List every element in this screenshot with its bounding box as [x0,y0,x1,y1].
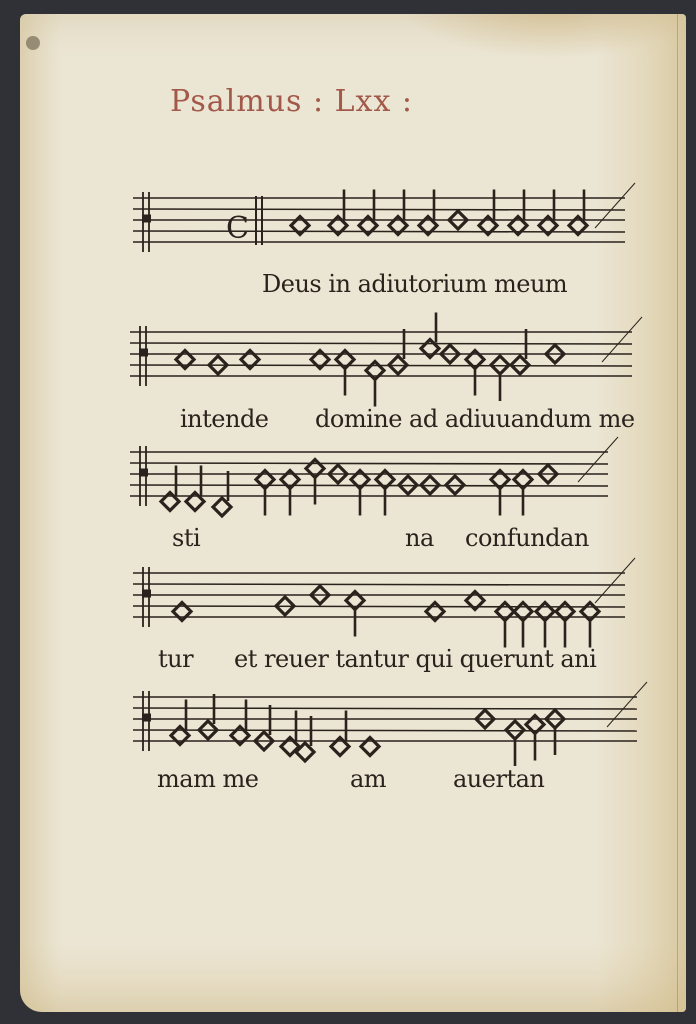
staff-line [130,343,632,344]
lyric-text: intende [180,405,269,433]
note-head-icon [359,190,377,235]
note-head-icon [346,592,364,637]
lyric-text: sti [172,524,200,552]
note-head-icon [421,313,439,358]
note-head-icon [546,710,564,755]
note-head-icon [281,711,299,756]
note-head-icon [161,466,179,511]
music-notation: C [0,0,696,1024]
custos-icon [607,682,647,727]
note-head-icon [366,362,384,407]
clef-icon [142,714,151,722]
staff-line [133,730,637,731]
note-head-icon [509,190,527,235]
lyric-text: tur [158,645,193,673]
staff-system: C [133,183,635,252]
note-head-icon [514,603,532,648]
note-head-icon [213,471,231,516]
note-head-icon [331,711,349,756]
note-head-icon [171,700,189,745]
note-head-icon [329,190,347,235]
staff-system [133,682,647,766]
staff-system [130,313,642,407]
note-head-icon [514,471,532,516]
note-head-icon [389,190,407,235]
lyric-text: confundan [465,524,589,552]
note-head-icon [479,190,497,235]
note-head-icon [526,716,544,761]
lyric-text: domine ad adiuuandum me [315,405,635,433]
clef-icon [139,469,148,477]
lyric-text: am [350,765,386,793]
lyric-text: et reuer tantur qui querunt ani [234,645,596,673]
note-head-icon [231,700,249,745]
note-head-icon [569,190,587,235]
staff-line [133,584,625,585]
staff-line [130,463,608,464]
staff-system [133,558,635,648]
lyric-text: Deus in adiutorium meum [262,270,567,298]
custos-icon [595,183,635,228]
staff-line [133,708,637,709]
lyric-text: na [405,524,434,552]
note-head-icon [419,190,437,235]
note-head-icon [256,471,274,516]
note-head-icon [255,705,273,750]
note-head-icon [351,471,369,516]
staff-system [130,437,618,516]
note-head-icon [556,603,574,648]
note-head-icon [199,694,217,739]
note-head-icon [306,460,324,505]
mensuration-sign-icon: C [226,211,249,246]
note-head-icon [296,716,314,761]
lyric-text: mam me [157,765,258,793]
clef-icon [139,349,148,357]
lyric-text: auertan [453,765,544,793]
custos-icon [578,437,618,482]
custos-icon [602,317,642,362]
note-head-icon [281,471,299,516]
note-head-icon [186,466,204,511]
clef-icon [142,215,151,223]
note-head-icon [466,351,484,396]
custos-icon [595,558,635,603]
note-head-icon [511,329,529,374]
note-head-icon [496,603,514,648]
staff-line [133,209,625,210]
note-head-icon [581,603,599,648]
note-head-icon [539,190,557,235]
note-head-icon [376,471,394,516]
note-head-icon [491,471,509,516]
clef-icon [142,590,151,598]
note-head-icon [336,351,354,396]
note-head-icon [536,603,554,648]
note-head-icon [506,721,524,766]
note-head-icon [491,356,509,401]
note-head-icon [389,329,407,374]
